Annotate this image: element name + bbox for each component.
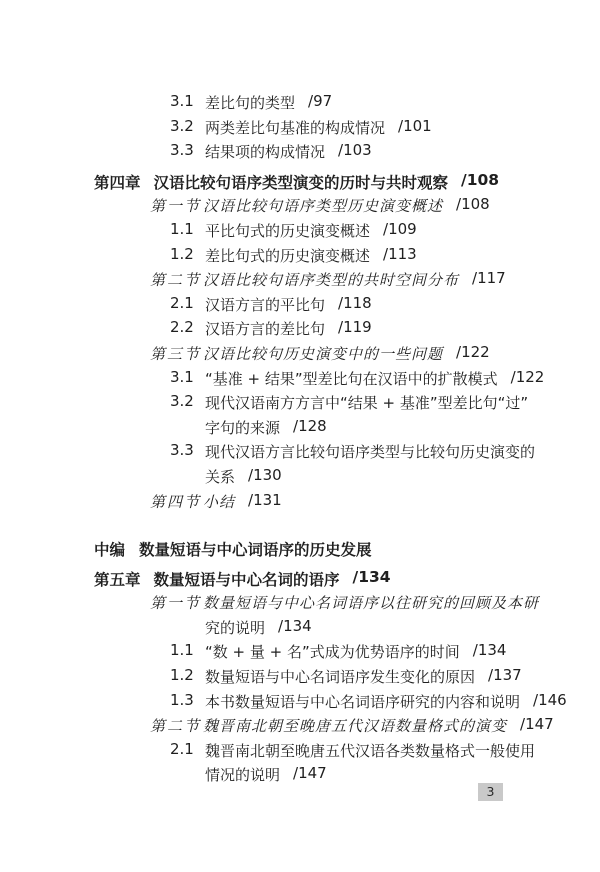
toc-entry: 1.1 “数 + 量 + 名”式成为优势语序的时间 /134 [0, 641, 600, 666]
entry-title-continued: 关系 [205, 466, 235, 487]
section-title-continued: 究的说明 [205, 617, 265, 638]
entry-number: 3.2 [170, 392, 205, 410]
entry-title-continued: 情况的说明 [205, 764, 280, 785]
entry-page: /118 [338, 294, 372, 312]
entry-page: /130 [248, 466, 282, 484]
toc-section-heading: 第二节 魏晋南北朝至晚唐五代汉语数量格式的演变 /147 [0, 715, 600, 740]
toc-entry: 3.1 差比句的类型 /97 [0, 92, 600, 117]
section-label: 第四节 [150, 491, 203, 512]
toc-entry: 1.3 本书数量短语与中心名词语序研究的内容和说明 /146 [0, 691, 600, 716]
entry-page: /101 [398, 117, 432, 135]
entry-page: /103 [338, 141, 372, 159]
entry-title: 平比句式的历史演变概述 [205, 220, 370, 241]
entry-page: /108 [456, 195, 490, 213]
section-label: 第一节 [150, 592, 203, 613]
toc-entry: 3.2 两类差比句基准的构成情况 /101 [0, 117, 600, 142]
section-title: 魏晋南北朝至晚唐五代汉语数量格式的演变 [203, 715, 507, 736]
entry-title: 汉语方言的平比句 [205, 294, 325, 315]
toc-part-heading: 中编 数量短语与中心词语序的历史发展 [0, 538, 600, 563]
section-title: 汉语比较句语序类型的共时空间分布 [203, 269, 459, 290]
toc-section-heading: 第三节 汉语比较句历史演变中的一些问题 /122 [0, 343, 600, 368]
toc-entry: 2.1 魏晋南北朝至晚唐五代汉语各类数量格式一般使用 [0, 740, 600, 765]
toc-entry: 2.2 汉语方言的差比句 /119 [0, 318, 600, 343]
section-label: 第三节 [150, 343, 203, 364]
entry-page: /134 [353, 568, 391, 586]
toc-entry: 2.1 汉语方言的平比句 /118 [0, 294, 600, 319]
entry-page: /134 [278, 617, 312, 635]
section-title: 汉语比较句语序类型历史演变概述 [203, 195, 443, 216]
entry-title: 魏晋南北朝至晚唐五代汉语各类数量格式一般使用 [205, 740, 535, 761]
entry-number: 2.1 [170, 294, 205, 312]
entry-number: 1.2 [170, 245, 205, 263]
entry-page: /146 [533, 691, 567, 709]
toc-entry: 3.2 现代汉语南方方言中“结果 + 基准”型差比句“过” [0, 392, 600, 417]
chapter-title: 汉语比较句语序类型演变的历时与共时观察 [154, 171, 449, 193]
section-label: 第二节 [150, 269, 203, 290]
toc-entry: 3.1 “基准 + 结果”型差比句在汉语中的扩散模式 /122 [0, 368, 600, 393]
entry-number: 3.2 [170, 117, 205, 135]
entry-page: /131 [248, 491, 282, 509]
entry-page: /108 [461, 171, 499, 189]
entry-page: /119 [338, 318, 372, 336]
entry-page: /109 [383, 220, 417, 238]
entry-number: 1.1 [170, 220, 205, 238]
entry-title: “基准 + 结果”型差比句在汉语中的扩散模式 [205, 368, 498, 389]
entry-title: 现代汉语南方方言中“结果 + 基准”型差比句“过” [205, 392, 528, 413]
entry-page: /147 [520, 715, 554, 733]
page-number-badge: 3 [478, 783, 503, 801]
section-label: 第一节 [150, 195, 203, 216]
entry-title: 现代汉语方言比较句语序类型与比较句历史演变的 [205, 441, 535, 462]
toc-section-heading: 第四节 小结 /131 [0, 491, 600, 516]
toc-section-heading: 第一节 汉语比较句语序类型历史演变概述 /108 [0, 195, 600, 220]
toc-entry: 3.3 现代汉语方言比较句语序类型与比较句历史演变的 [0, 441, 600, 466]
toc-section-heading: 第一节 数量短语与中心名词语序以往研究的回顾及本研 [0, 592, 600, 617]
entry-page: /147 [293, 764, 327, 782]
entry-number: 1.3 [170, 691, 205, 709]
entry-page: /117 [472, 269, 506, 287]
chapter-title: 数量短语与中心名词的语序 [154, 568, 340, 590]
toc-entry-continuation: 情况的说明 /147 [0, 764, 600, 789]
section-label: 第二节 [150, 715, 203, 736]
toc-entry: 3.3 结果项的构成情况 /103 [0, 141, 600, 166]
toc-section-heading: 第二节 汉语比较句语序类型的共时空间分布 /117 [0, 269, 600, 294]
entry-page: /113 [383, 245, 417, 263]
entry-page: /122 [511, 368, 545, 386]
entry-number: 1.1 [170, 641, 205, 659]
section-title: 小结 [203, 491, 235, 512]
chapter-label: 第五章 [94, 568, 141, 590]
entry-number: 3.3 [170, 441, 205, 459]
entry-page: /137 [488, 666, 522, 684]
entry-page: /128 [293, 417, 327, 435]
entry-number: 3.1 [170, 92, 205, 110]
toc-entry: 1.1 平比句式的历史演变概述 /109 [0, 220, 600, 245]
entry-title: “数 + 量 + 名”式成为优势语序的时间 [205, 641, 460, 662]
section-title: 数量短语与中心名词语序以往研究的回顾及本研 [203, 592, 539, 613]
entry-title-continued: 字句的来源 [205, 417, 280, 438]
toc-entry: 1.2 差比句式的历史演变概述 /113 [0, 245, 600, 270]
entry-title: 汉语方言的差比句 [205, 318, 325, 339]
entry-number: 2.1 [170, 740, 205, 758]
entry-title: 结果项的构成情况 [205, 141, 325, 162]
entry-page: /97 [308, 92, 332, 110]
toc-chapter-heading: 第五章 数量短语与中心名词的语序 /134 [0, 568, 600, 593]
toc-chapter-heading: 第四章 汉语比较句语序类型演变的历时与共时观察 /108 [0, 171, 600, 196]
entry-number: 2.2 [170, 318, 205, 336]
entry-title: 本书数量短语与中心名词语序研究的内容和说明 [205, 691, 520, 712]
entry-title: 数量短语与中心名词语序发生变化的原因 [205, 666, 475, 687]
toc-entry: 1.2 数量短语与中心名词语序发生变化的原因 /137 [0, 666, 600, 691]
entry-number: 1.2 [170, 666, 205, 684]
entry-title: 差比句式的历史演变概述 [205, 245, 370, 266]
chapter-label: 第四章 [94, 171, 141, 193]
toc-content: 3.1 差比句的类型 /97 3.2 两类差比句基准的构成情况 /101 3.3… [0, 0, 600, 789]
toc-page: 3.1 差比句的类型 /97 3.2 两类差比句基准的构成情况 /101 3.3… [0, 0, 600, 872]
section-title: 汉语比较句历史演变中的一些问题 [203, 343, 443, 364]
part-label: 中编 [94, 538, 125, 560]
entry-title: 差比句的类型 [205, 92, 295, 113]
part-title: 数量短语与中心词语序的历史发展 [139, 538, 372, 560]
toc-entry-continuation: 究的说明 /134 [0, 617, 600, 642]
entry-number: 3.3 [170, 141, 205, 159]
entry-page: /122 [456, 343, 490, 361]
entry-title: 两类差比句基准的构成情况 [205, 117, 385, 138]
entry-page: /134 [473, 641, 507, 659]
entry-number: 3.1 [170, 368, 205, 386]
toc-entry-continuation: 字句的来源 /128 [0, 417, 600, 442]
toc-entry-continuation: 关系 /130 [0, 466, 600, 491]
